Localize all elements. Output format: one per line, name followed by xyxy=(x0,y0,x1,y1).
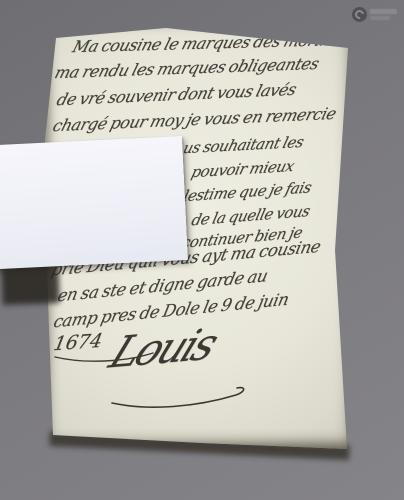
louis-signature: Louis xyxy=(102,318,224,378)
watermark-text-line1 xyxy=(370,9,397,14)
watermark-text-illegible xyxy=(370,7,397,20)
letter-line: Ma cousine le marques des morin xyxy=(70,30,333,56)
covering-card xyxy=(0,136,188,270)
letter-date: 1674 xyxy=(52,330,105,356)
watermark-logo-icon xyxy=(352,7,367,22)
letter-photograph: Ma cousine le marques des morinma rendu … xyxy=(0,0,404,500)
letter-line: chargé pour moy je vous en remercie xyxy=(51,104,339,136)
letter-line: pouvoir mieux xyxy=(189,157,296,182)
watermark-text-line2 xyxy=(370,16,390,20)
letter-line: lestime que je fais xyxy=(181,178,313,205)
letter-line: us souhaitant les xyxy=(181,133,306,158)
letter-line: ma rendu les marques obligeantes xyxy=(52,54,321,82)
auction-watermark xyxy=(352,7,397,22)
letter-line: de vré souvenir dont vous lavés xyxy=(55,80,299,110)
